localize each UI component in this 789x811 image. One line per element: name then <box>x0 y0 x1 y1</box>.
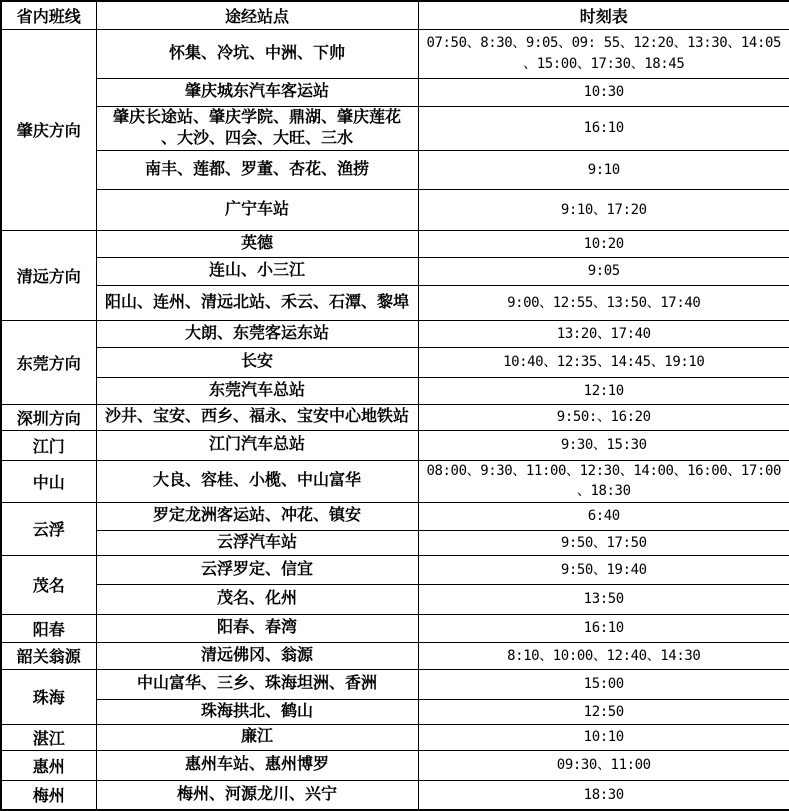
header-cell-schedule: 时刻表 <box>418 1 789 29</box>
table-row: 肇庆长途站、肇庆学院、鼎湖、肇庆莲花 、大沙、四会、大旺、三水 16:10 <box>1 106 789 150</box>
stations-cell: 南丰、莲都、罗董、杏花、渔捞 <box>96 150 418 189</box>
times-cell: 18:30 <box>418 780 789 810</box>
times-cell: 6:40 <box>418 502 789 530</box>
stations-cell: 廉江 <box>96 724 418 750</box>
table-header-row: 省内班线 途经站点 时刻表 <box>1 1 789 29</box>
table-row: 珠海 中山富华、三乡、珠海坦洲、香洲 15:00 <box>1 669 789 699</box>
stations-cell: 大良、容桂、小榄、中山富华 <box>96 460 418 502</box>
stations-cell: 沙井、宝安、西乡、福永、宝安中心地铁站 <box>96 404 418 430</box>
times-cell: 13:20、17:40 <box>418 320 789 347</box>
stations-cell: 大朗、东莞客运东站 <box>96 320 418 347</box>
direction-cell: 深圳方向 <box>1 404 96 430</box>
times-cell: 9:05 <box>418 257 789 285</box>
times-cell: 9:30、15:30 <box>418 430 789 460</box>
table-row: 肇庆方向 怀集、冷坑、中洲、下帅 07:50、8:30、9:05、09: 55、… <box>1 29 789 78</box>
bus-schedule-table: 省内班线 途经站点 时刻表 肇庆方向 怀集、冷坑、中洲、下帅 07:50、8:3… <box>0 0 789 811</box>
stations-cell: 清远佛冈、翁源 <box>96 642 418 669</box>
times-cell: 10:30 <box>418 78 789 106</box>
times-cell: 9:50:、16:20 <box>418 404 789 430</box>
times-cell: 10:20 <box>418 230 789 257</box>
table-row: 长安 10:40、12:35、14:45、19:10 <box>1 347 789 377</box>
table-row: 阳春 阳春、春湾 16:10 <box>1 614 789 642</box>
stations-cell: 云浮罗定、信宜 <box>96 555 418 584</box>
direction-cell: 东莞方向 <box>1 320 96 404</box>
times-cell: 16:10 <box>418 614 789 642</box>
table-row: 南丰、莲都、罗董、杏花、渔捞 9:10 <box>1 150 789 189</box>
times-cell: 9:00、12:55、13:50、17:40 <box>418 285 789 320</box>
times-cell: 13:50 <box>418 584 789 614</box>
table-row: 茂名 云浮罗定、信宜 9:50、19:40 <box>1 555 789 584</box>
stations-cell: 珠海拱北、鹤山 <box>96 699 418 724</box>
stations-cell: 茂名、化州 <box>96 584 418 614</box>
times-cell: 07:50、8:30、9:05、09: 55、12:20、13:30、14:05… <box>418 29 789 78</box>
times-cell: 09:30、11:00 <box>418 750 789 780</box>
direction-cell: 梅州 <box>1 780 96 810</box>
direction-cell: 阳春 <box>1 614 96 642</box>
stations-cell: 惠州车站、惠州博罗 <box>96 750 418 780</box>
stations-cell: 江门汽车总站 <box>96 430 418 460</box>
direction-cell: 云浮 <box>1 502 96 555</box>
table-row: 梅州 梅州、河源龙川、兴宁 18:30 <box>1 780 789 810</box>
direction-cell: 清远方向 <box>1 230 96 320</box>
stations-cell: 英德 <box>96 230 418 257</box>
times-cell: 12:10 <box>418 377 789 404</box>
stations-cell: 云浮汽车站 <box>96 530 418 555</box>
direction-cell: 中山 <box>1 460 96 502</box>
table-row: 东莞汽车总站 12:10 <box>1 377 789 404</box>
times-cell: 9:50、19:40 <box>418 555 789 584</box>
stations-cell: 长安 <box>96 347 418 377</box>
header-cell-stations: 途经站点 <box>96 1 418 29</box>
direction-cell: 江门 <box>1 430 96 460</box>
direction-cell: 湛江 <box>1 724 96 750</box>
stations-cell: 罗定龙洲客运站、冲花、镇安 <box>96 502 418 530</box>
times-cell: 10:10 <box>418 724 789 750</box>
times-cell: 10:40、12:35、14:45、19:10 <box>418 347 789 377</box>
table-row: 湛江 廉江 10:10 <box>1 724 789 750</box>
times-cell: 9:10 <box>418 150 789 189</box>
stations-cell: 连山、小三江 <box>96 257 418 285</box>
header-cell-route: 省内班线 <box>1 1 96 29</box>
table-row: 云浮汽车站 9:50、17:50 <box>1 530 789 555</box>
stations-cell: 肇庆长途站、肇庆学院、鼎湖、肇庆莲花 、大沙、四会、大旺、三水 <box>96 106 418 150</box>
times-cell: 08:00、9:30、11:00、12:30、14:00、16:00、17:00… <box>418 460 789 502</box>
table-row: 中山 大良、容桂、小榄、中山富华 08:00、9:30、11:00、12:30、… <box>1 460 789 502</box>
direction-cell: 肇庆方向 <box>1 29 96 230</box>
times-cell: 9:50、17:50 <box>418 530 789 555</box>
stations-cell: 梅州、河源龙川、兴宁 <box>96 780 418 810</box>
table-row: 云浮 罗定龙洲客运站、冲花、镇安 6:40 <box>1 502 789 530</box>
table-row: 韶关翁源 清远佛冈、翁源 8:10、10:00、12:40、14:30 <box>1 642 789 669</box>
table-row: 江门 江门汽车总站 9:30、15:30 <box>1 430 789 460</box>
direction-cell: 茂名 <box>1 555 96 614</box>
table-row: 连山、小三江 9:05 <box>1 257 789 285</box>
stations-cell: 怀集、冷坑、中洲、下帅 <box>96 29 418 78</box>
table-row: 肇庆城东汽车客运站 10:30 <box>1 78 789 106</box>
table-row: 阳山、连州、清远北站、禾云、石潭、黎埠 9:00、12:55、13:50、17:… <box>1 285 789 320</box>
direction-cell: 韶关翁源 <box>1 642 96 669</box>
stations-cell: 阳春、春湾 <box>96 614 418 642</box>
times-cell: 16:10 <box>418 106 789 150</box>
times-cell: 8:10、10:00、12:40、14:30 <box>418 642 789 669</box>
times-cell: 15:00 <box>418 669 789 699</box>
stations-cell: 阳山、连州、清远北站、禾云、石潭、黎埠 <box>96 285 418 320</box>
stations-cell: 东莞汽车总站 <box>96 377 418 404</box>
direction-cell: 惠州 <box>1 750 96 780</box>
table-row: 珠海拱北、鹤山 12:50 <box>1 699 789 724</box>
table-row: 清远方向 英德 10:20 <box>1 230 789 257</box>
table-row: 东莞方向 大朗、东莞客运东站 13:20、17:40 <box>1 320 789 347</box>
table-row: 惠州 惠州车站、惠州博罗 09:30、11:00 <box>1 750 789 780</box>
direction-cell: 珠海 <box>1 669 96 724</box>
stations-cell: 中山富华、三乡、珠海坦洲、香洲 <box>96 669 418 699</box>
times-cell: 12:50 <box>418 699 789 724</box>
times-cell: 9:10、17:20 <box>418 189 789 230</box>
table-row: 深圳方向 沙井、宝安、西乡、福永、宝安中心地铁站 9:50:、16:20 <box>1 404 789 430</box>
table-row: 茂名、化州 13:50 <box>1 584 789 614</box>
stations-cell: 肇庆城东汽车客运站 <box>96 78 418 106</box>
stations-cell: 广宁车站 <box>96 189 418 230</box>
table-row: 广宁车站 9:10、17:20 <box>1 189 789 230</box>
